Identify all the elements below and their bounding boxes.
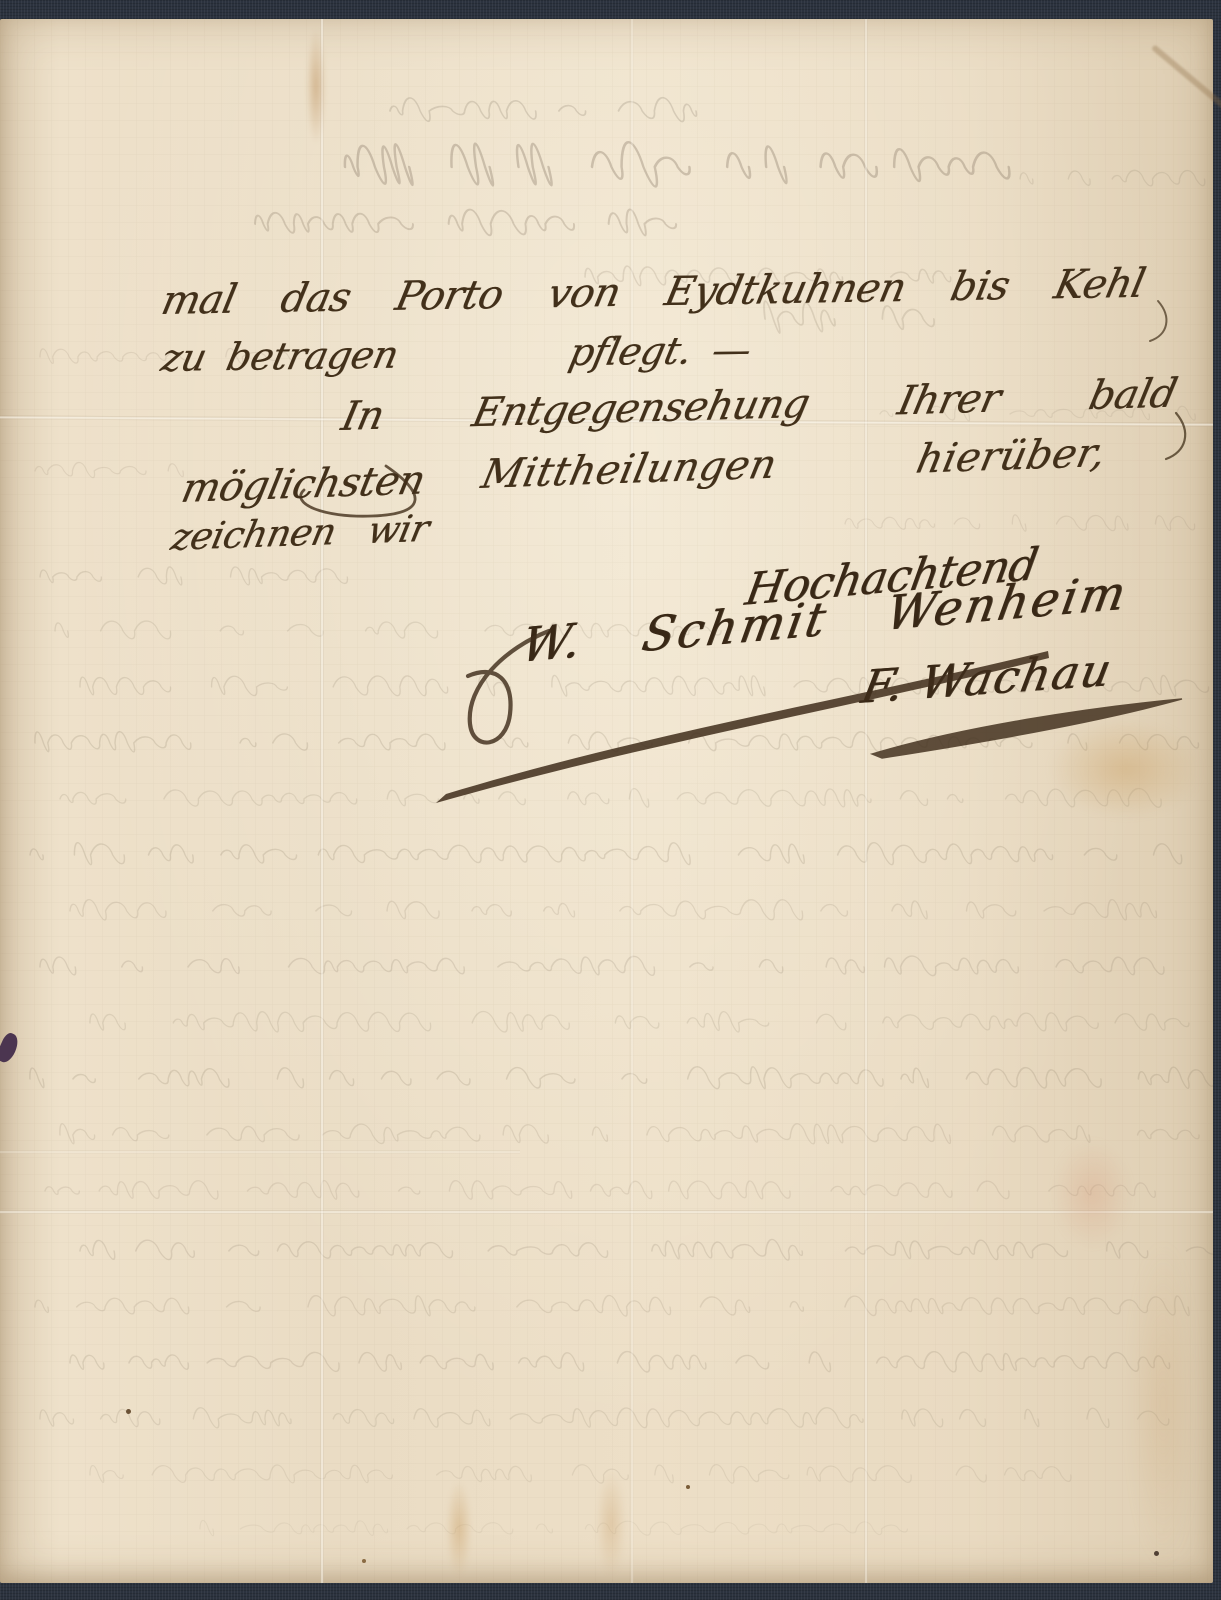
stain: [1052, 1139, 1132, 1249]
scanned-letter: mal das Porto von Eydtkuhnen bis Kehl zu…: [0, 0, 1221, 1600]
backing-strip-bottom: [0, 1583, 1221, 1600]
fold-crease-horizontal-3: [0, 1210, 1213, 1214]
bleedthrough-writing: [0, 19, 1213, 1583]
handwriting-line-5: zeichnen wir: [168, 510, 432, 556]
stain: [1128, 1239, 1198, 1569]
kehl-tail-flourish: [1150, 301, 1166, 341]
letter-page: mal das Porto von Eydtkuhnen bis Kehl zu…: [0, 19, 1213, 1583]
fold-crease-vertical-3: [864, 19, 868, 1583]
handwriting-line-4-right: Mittheilungen hierüber,: [478, 433, 1110, 495]
speck: [362, 1559, 366, 1563]
signature-line-2: F. Wachau: [858, 647, 1116, 710]
speck: [1154, 1551, 1159, 1556]
stain: [446, 1481, 472, 1576]
handwriting-line-2: zu betragen pflegt. —: [158, 331, 754, 377]
corner-crease: [1151, 44, 1221, 119]
stain: [596, 1471, 626, 1576]
fold-crease-vertical-1: [320, 19, 324, 1583]
ink-blot: [0, 1031, 21, 1065]
backing-strip-top: [0, 0, 1221, 19]
handwriting-line-4-left: möglichsten: [178, 460, 428, 509]
stain: [1048, 719, 1204, 819]
speck: [126, 1409, 131, 1414]
fold-crease-vertical-2: [630, 19, 634, 1583]
ink-flourishes: [0, 19, 1213, 1583]
speck: [686, 1485, 690, 1489]
handwriting-line-3: In Entgegensehung Ihrer bald: [338, 373, 1180, 437]
handwriting-line-1: mal das Porto von Eydtkuhnen bis Kehl: [158, 264, 1148, 321]
paper-quadrille-grid: [0, 19, 1213, 1583]
fold-crease-horizontal-2: [0, 1150, 520, 1154]
backing-strip-right: [1213, 0, 1221, 1600]
bald-tail-flourish: [1166, 413, 1185, 459]
